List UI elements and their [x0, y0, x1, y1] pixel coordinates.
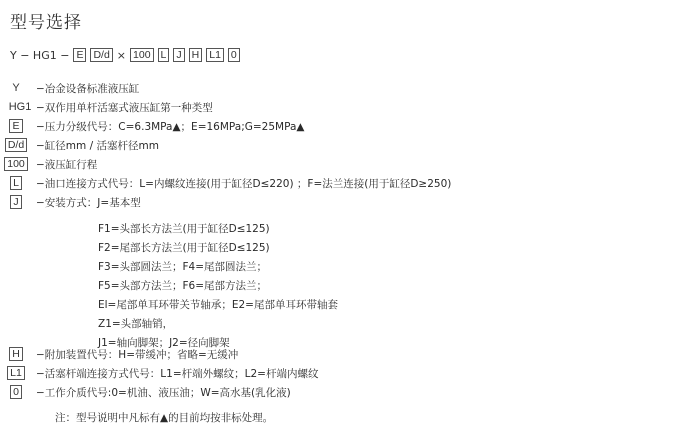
mounting-option: F2=尾部长方法兰(用于缸径D≤125) [98, 240, 270, 255]
code-box-j: J [173, 48, 184, 62]
legend-code-box: D/d [5, 138, 27, 152]
legend-code: Y [12, 82, 19, 94]
mounting-option: El=尾部单耳环带关节轴承；E2=尾部单耳环带轴套 [98, 297, 338, 312]
model-prefix: Y − HG1 − [10, 49, 69, 62]
legend-desc: −油口连接方式代号：L=内螺纹连接(用于缸径D≤220) ；F=法兰连接(用于缸… [36, 176, 451, 191]
legend-code-box: L [10, 176, 22, 190]
code-box-e: E [73, 48, 86, 62]
page-title: 型号选择 [10, 8, 82, 33]
legend-desc: −附加装置代号：H=带缓冲；省略=无缓冲 [36, 347, 238, 362]
legend-desc: −活塞杆端连接方式代号：L1=杆端外螺纹；L2=杆端内螺纹 [36, 366, 318, 381]
legend-code-box: E [9, 119, 22, 133]
code-box-0: 0 [228, 48, 240, 62]
legend-code-box: H [9, 347, 23, 361]
code-box-l: L [158, 48, 170, 62]
mounting-option: F1=头部长方法兰(用于缸径D≤125) [98, 221, 270, 236]
legend-desc: −液压缸行程 [36, 157, 97, 172]
code-box-l1: L1 [206, 48, 224, 62]
legend-desc: −双作用单杆活塞式液压缸第一种类型 [36, 100, 213, 115]
legend-code: HG1 [9, 101, 32, 113]
legend-code-box: J [10, 195, 21, 209]
model-code-line: Y − HG1 − E D/d × 100 L J H L1 0 [10, 48, 244, 62]
legend-desc: −缸径mm / 活塞杆径mm [36, 138, 159, 153]
legend-desc: −冶金设备标准液压缸 [36, 81, 139, 96]
legend-code-box: 100 [4, 157, 28, 171]
legend-desc: −压力分级代号：C=6.3MPa▲；E=16MPa;G=25MPa▲ [36, 119, 304, 134]
code-box-100: 100 [130, 48, 154, 62]
legend-desc: −安装方式：J=基本型 [36, 195, 141, 210]
times-sign: × [117, 49, 126, 62]
code-box-dd: D/d [90, 48, 112, 62]
legend-desc: −工作介质代号:0=机油、液压油；W=高水基(乳化液) [36, 385, 291, 400]
code-box-h: H [189, 48, 203, 62]
legend-code-box: L1 [7, 366, 25, 380]
footnote: 注：型号说明中凡标有▲的目前均按非标处理。 [55, 410, 273, 425]
mounting-option: Z1=头部轴销， [98, 316, 173, 331]
mounting-option: F3=头部圆法兰；F4=尾部圆法兰； [98, 259, 267, 274]
mounting-option: F5=头部方法兰；F6=尾部方法兰； [98, 278, 267, 293]
legend-code-box: 0 [10, 385, 22, 399]
